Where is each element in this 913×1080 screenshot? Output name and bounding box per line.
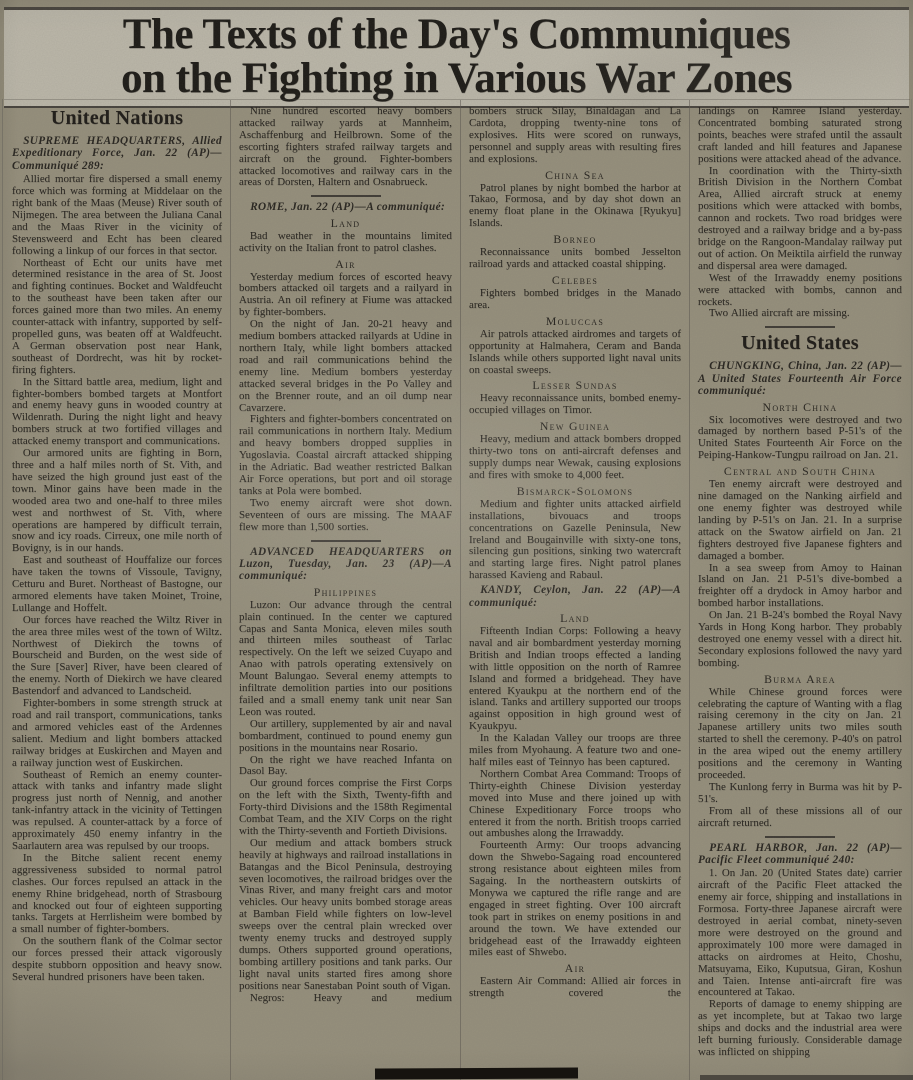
subhead-central-and-south-china: Central and South China bbox=[698, 465, 902, 478]
article-columns: United Nations SUPREME HEADQUARTERS, All… bbox=[4, 99, 910, 1080]
subhead-lesser-sundas: Lesser Sundas bbox=[469, 379, 681, 392]
paragraph: Fighters and fighter-bombers concentrate… bbox=[239, 414, 452, 497]
subhead-borneo: Borneo bbox=[469, 233, 681, 246]
paragraph: The Kunlong ferry in Burma was hit by P-… bbox=[698, 782, 902, 806]
paragraph: Yesterday medium forces of escorted heav… bbox=[239, 272, 452, 320]
dateline-chungking: CHUNGKING, China, Jan. 22 (AP)—A United … bbox=[698, 360, 902, 397]
section-heading-united-nations: United Nations bbox=[12, 107, 222, 130]
paragraph: West of the Irrawaddy enemy positions we… bbox=[698, 273, 902, 309]
paragraph: Our ground forces comprise the First Cor… bbox=[239, 778, 452, 838]
subhead-celebes: Celebes bbox=[469, 274, 681, 287]
subhead-air: Air bbox=[469, 962, 681, 975]
paragraph: On the night of Jan. 20-21 heavy and med… bbox=[239, 319, 452, 414]
paragraph: Two enemy aircraft were shot down. Seven… bbox=[239, 498, 452, 534]
paragraph: Patrol planes by night bombed the harbor… bbox=[469, 183, 681, 231]
paragraph: Our armored units are fighting in Born, … bbox=[12, 448, 222, 555]
paragraph: Our medium and attack bombers struck hea… bbox=[239, 838, 452, 993]
paragraph: Nine hundred escorted heavy bombers atta… bbox=[239, 106, 452, 189]
paragraph: Our artillery, supplemented by air and n… bbox=[239, 719, 452, 755]
dateline-kandy: KANDY, Ceylon, Jan. 22 (AP)—A communiqué… bbox=[469, 584, 681, 609]
column-1: United Nations SUPREME HEADQUARTERS, All… bbox=[4, 100, 230, 1080]
paragraph: landings on Ramree Island yesterday. Con… bbox=[698, 106, 902, 166]
subhead-philippines: Philippines bbox=[239, 586, 452, 599]
column-4: landings on Ramree Island yesterday. Con… bbox=[689, 100, 910, 1080]
paragraph: Medium and fighter units attacked airfie… bbox=[469, 499, 681, 582]
scan-artifact-left-edge-line bbox=[2, 99, 3, 1080]
subhead-burma-area: Burma Area bbox=[698, 673, 902, 686]
paragraph: In the Kaladan Valley our troops are thr… bbox=[469, 733, 681, 769]
dateline-rome: ROME, Jan. 22 (AP)—A communiqué: bbox=[239, 201, 452, 213]
paragraph: Two Allied aircraft are missing. bbox=[698, 308, 902, 320]
paragraph: Six locomotives were destroyed and two d… bbox=[698, 415, 902, 463]
divider-rule bbox=[765, 836, 835, 838]
paragraph: Reports of damage to enemy shipping are … bbox=[698, 999, 902, 1059]
paragraph: Northeast of Echt our units have met det… bbox=[12, 258, 222, 377]
paragraph: From all of these missions all of our ai… bbox=[698, 806, 902, 830]
paragraph: Heavy, medium and attack bombers dropped… bbox=[469, 434, 681, 482]
divider-rule bbox=[311, 195, 381, 197]
paragraph: Fighters bombed bridges in the Manado ar… bbox=[469, 288, 681, 312]
section-heading-united-states: United States bbox=[698, 332, 902, 355]
paragraph: Ten enemy aircraft were destroyed and ni… bbox=[698, 479, 902, 562]
paragraph: Luzon: Our advance through the central p… bbox=[239, 600, 452, 719]
paragraph: Fifteenth Indian Corps: Following a heav… bbox=[469, 626, 681, 733]
headline-line-1: The Texts of the Day's Communiques bbox=[4, 13, 909, 57]
paragraph: bombers struck Silay, Binaldagan and La … bbox=[469, 106, 681, 166]
paragraph: Negros: Heavy and medium bbox=[239, 993, 452, 1005]
masthead: The Texts of the Day's Communiques on th… bbox=[4, 7, 909, 108]
paragraph: In the Sittard battle area, medium, ligh… bbox=[12, 377, 222, 448]
paragraph: Eastern Air Command: Allied air forces i… bbox=[469, 976, 681, 1000]
scan-artifact-right-edge-line bbox=[911, 99, 912, 950]
paragraph: Southeast of Remich an enemy counter-att… bbox=[12, 770, 222, 853]
paragraph: Northern Combat Area Command: Troops of … bbox=[469, 769, 681, 840]
paragraph: In the Bitche salient recent enemy aggre… bbox=[12, 853, 222, 936]
column-2: Nine hundred escorted heavy bombers atta… bbox=[230, 100, 460, 1080]
paragraph: In a sea sweep from Amoy to Hainan Islan… bbox=[698, 563, 902, 611]
paragraph: Fighter-bombers in some strength struck … bbox=[12, 698, 222, 769]
subhead-new-guinea: New Guinea bbox=[469, 420, 681, 433]
paragraph: On Jan. 21 B-24's bombed the Royal Navy … bbox=[698, 610, 902, 670]
subhead-bismarck-solomons: Bismarck-Solomons bbox=[469, 485, 681, 498]
paragraph: Our forces have reached the Wiltz River … bbox=[12, 615, 222, 698]
paragraph: While Chinese ground forces were celebra… bbox=[698, 687, 902, 782]
paragraph: Reconnaissance units bombed Jesselton ra… bbox=[469, 247, 681, 271]
paragraph: On the right we have reached Infanta on … bbox=[239, 755, 452, 779]
newspaper-page: The Texts of the Day's Communiques on th… bbox=[0, 0, 913, 1080]
subhead-land: Land bbox=[239, 217, 452, 230]
paragraph: Bad weather in the mountains limited act… bbox=[239, 231, 452, 255]
subhead-north-china: North China bbox=[698, 401, 902, 414]
headline: The Texts of the Day's Communiques on th… bbox=[4, 13, 909, 101]
divider-rule bbox=[311, 540, 381, 542]
paragraph: On the southern flank of the Colmar sect… bbox=[12, 936, 222, 984]
paragraph: Fourteenth Army: Our troops advancing do… bbox=[469, 840, 681, 959]
paragraph: Heavy reconnaissance units, bombed enemy… bbox=[469, 393, 681, 417]
paragraph: Air patrols attacked airdromes and targe… bbox=[469, 329, 681, 377]
paragraph: 1. On Jan. 20 (United States date) carri… bbox=[698, 868, 902, 999]
column-3: bombers struck Silay, Binaldagan and La … bbox=[460, 100, 689, 1080]
dateline-luzon: ADVANCED HEADQUARTERS on Luzon, Tuesday,… bbox=[239, 546, 452, 583]
subhead-air: Air bbox=[239, 258, 452, 271]
subhead-land: Land bbox=[469, 612, 681, 625]
paragraph: East and southeast of Houffalize our for… bbox=[12, 555, 222, 615]
divider-rule bbox=[765, 326, 835, 328]
dateline-shaef: SUPREME HEADQUARTERS, Allied Expeditiona… bbox=[12, 135, 222, 172]
subhead-moluccas: Moluccas bbox=[469, 315, 681, 328]
paragraph: In coordination with the Thirty-sixth Br… bbox=[698, 166, 902, 273]
dateline-pearl-harbor: PEARL HARBOR, Jan. 22 (AP)—Pacific Fleet… bbox=[698, 842, 902, 867]
paragraph: Allied mortar fire dispersed a small ene… bbox=[12, 174, 222, 257]
subhead-china-sea: China Sea bbox=[469, 169, 681, 182]
headline-line-2: on the Fighting in Various War Zones bbox=[4, 57, 909, 101]
